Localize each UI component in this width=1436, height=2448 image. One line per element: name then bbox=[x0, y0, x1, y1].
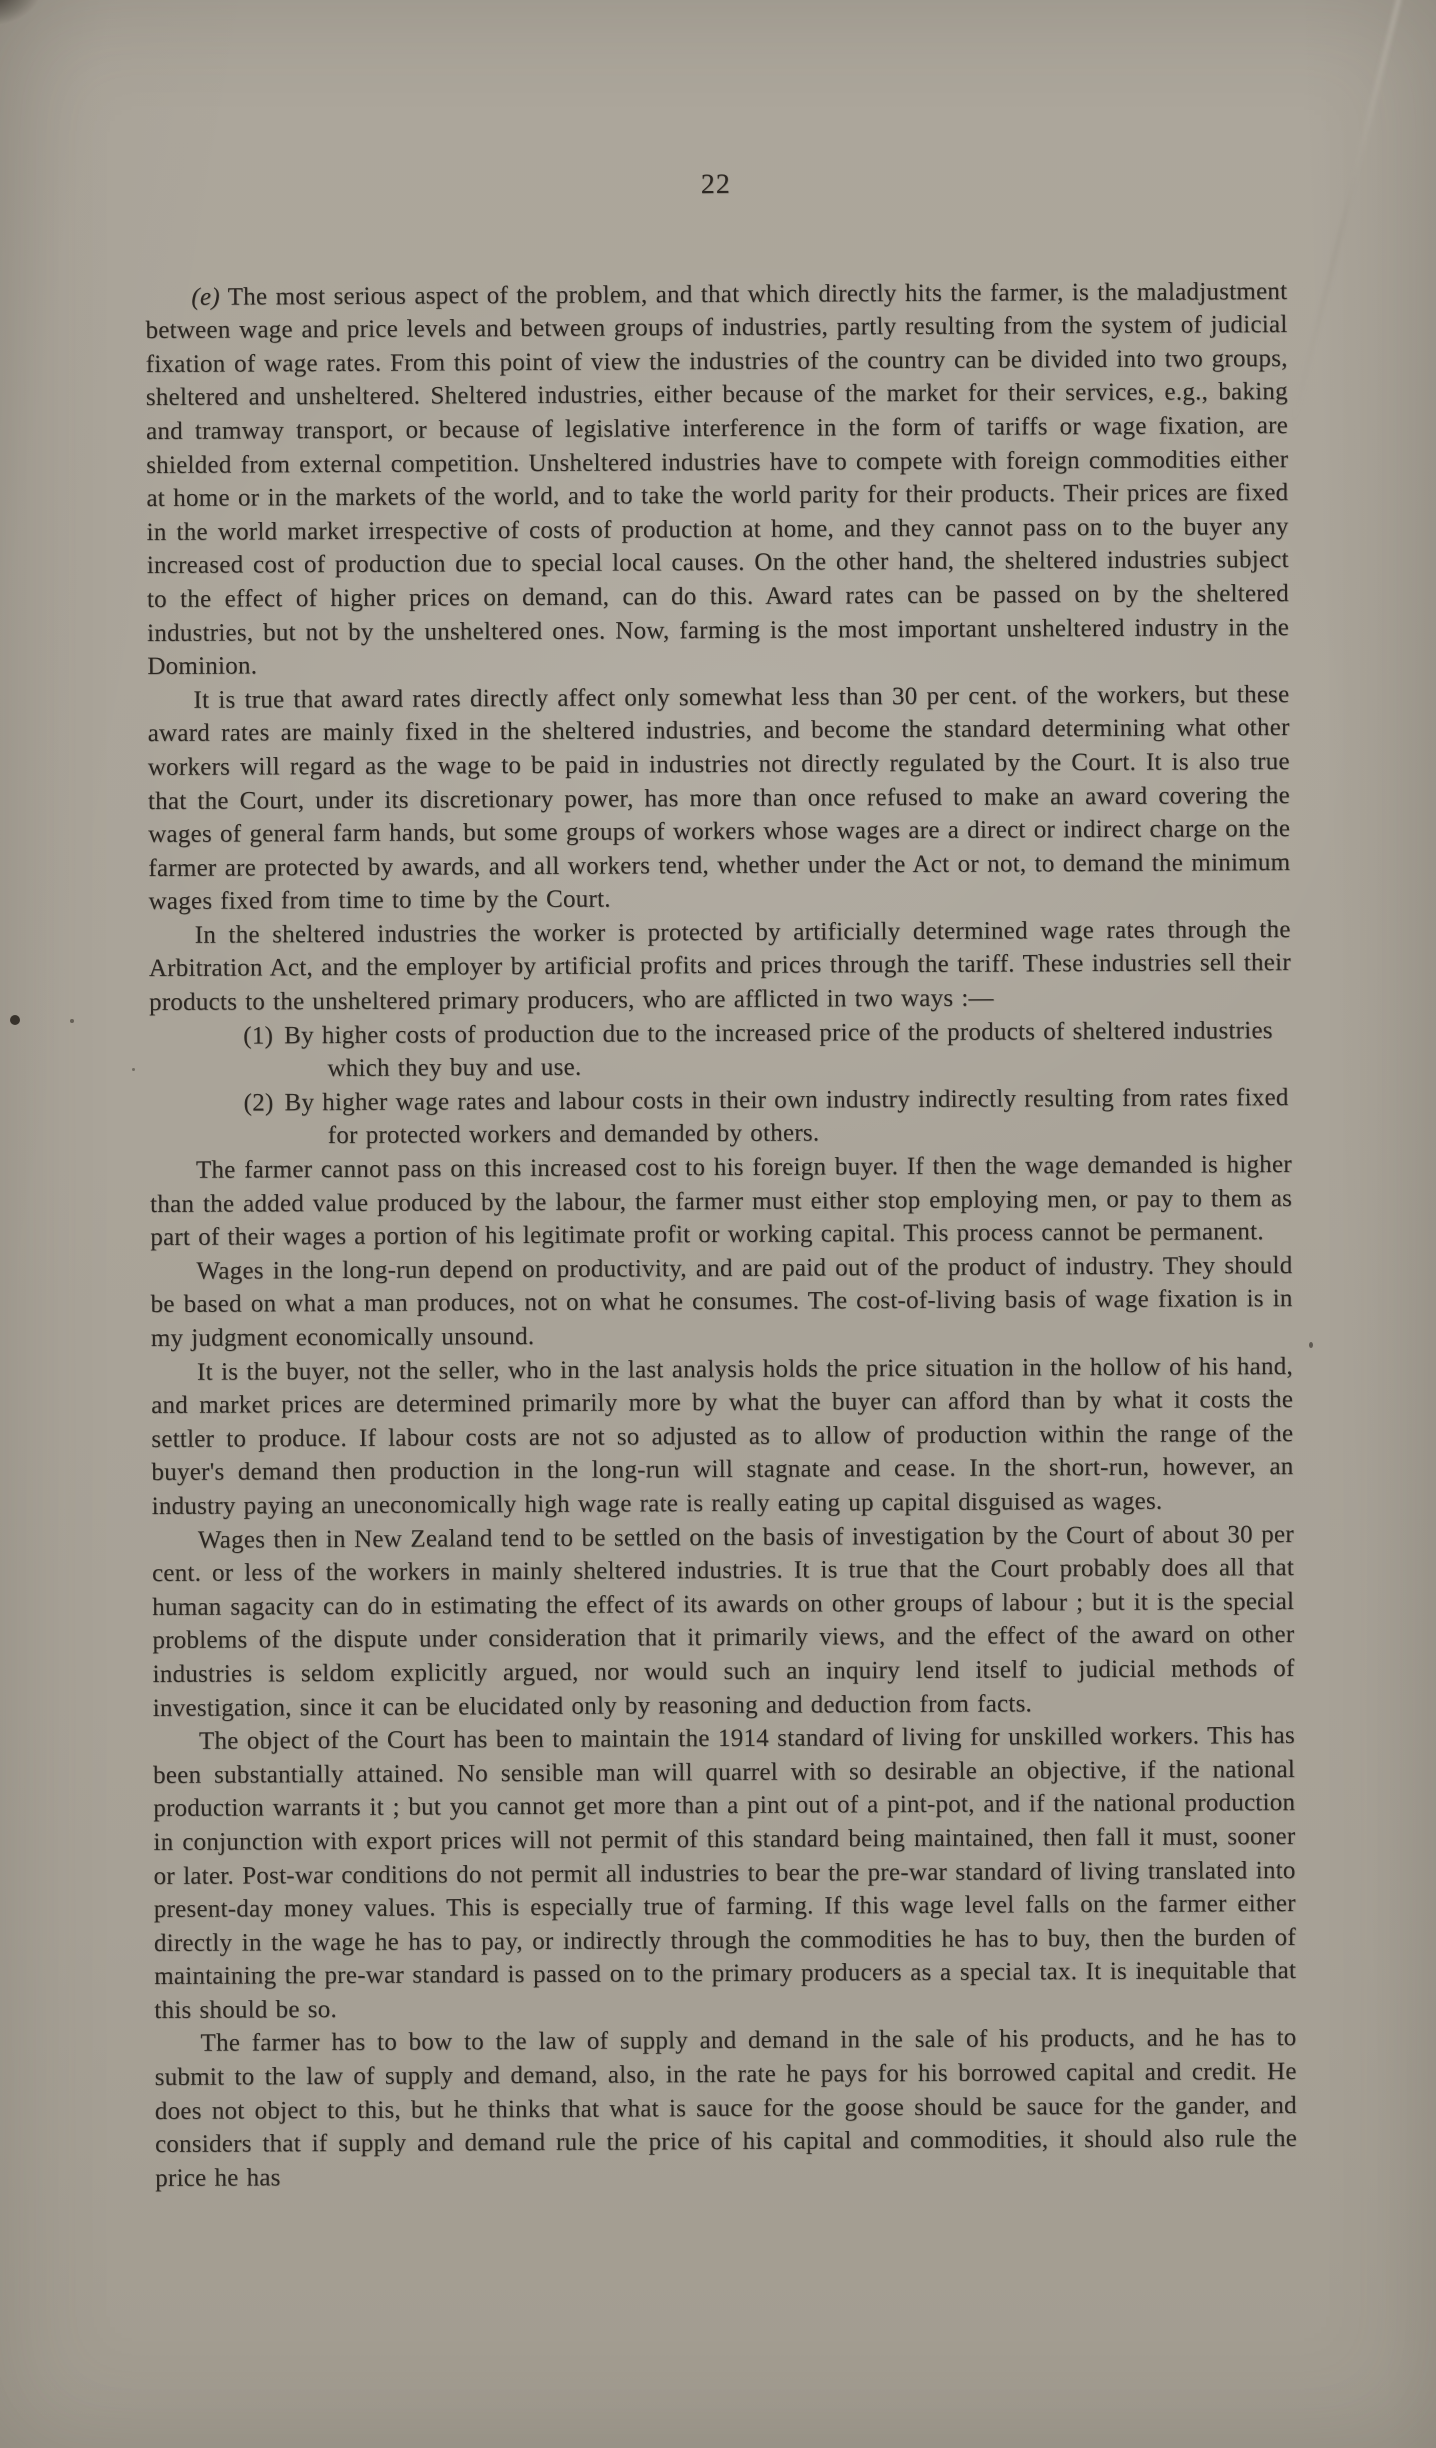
ink-speck bbox=[1309, 1342, 1313, 1348]
paragraph: It is true that award rates directly aff… bbox=[147, 678, 1290, 919]
paragraph: It is the buyer, not the seller, who in … bbox=[151, 1350, 1294, 1524]
list-item-marker: (1) bbox=[243, 1022, 273, 1049]
ink-speck bbox=[132, 1068, 135, 1071]
paragraph: The object of the Court has been to main… bbox=[153, 1719, 1297, 2027]
page-text: 22 (e) The most serious aspect of the pr… bbox=[145, 165, 1298, 2195]
page-corner-shadow bbox=[0, 0, 38, 24]
list-item-marker: (2) bbox=[244, 1089, 274, 1116]
page-number: 22 bbox=[145, 165, 1287, 205]
paragraph: The farmer cannot pass on this increased… bbox=[150, 1148, 1293, 1255]
ink-speck bbox=[10, 1015, 20, 1025]
paragraph-lead-label: (e) bbox=[191, 283, 220, 310]
paragraph: Wages in the long-run depend on producti… bbox=[150, 1249, 1293, 1356]
list-item-text: By higher costs of production due to the… bbox=[284, 1017, 1273, 1083]
list-item-text: By higher wage rates and labour costs in… bbox=[284, 1084, 1288, 1150]
page-crease bbox=[1291, 0, 1409, 424]
paragraph: Wages then in New Zealand tend to be set… bbox=[152, 1518, 1295, 1726]
list-item: (2)By higher wage rates and labour costs… bbox=[150, 1081, 1292, 1154]
paragraph: (e) The most serious aspect of the probl… bbox=[145, 275, 1289, 684]
paragraph: In the sheltered industries the worker i… bbox=[149, 913, 1292, 1020]
paragraph: The farmer has to bow to the law of supp… bbox=[154, 2021, 1297, 2195]
list-item: (1)By higher costs of production due to … bbox=[149, 1014, 1291, 1087]
ink-speck bbox=[70, 1019, 74, 1023]
scanned-page: 22 (e) The most serious aspect of the pr… bbox=[0, 0, 1436, 2448]
paragraph-text: The most serious aspect of the problem, … bbox=[145, 278, 1289, 681]
